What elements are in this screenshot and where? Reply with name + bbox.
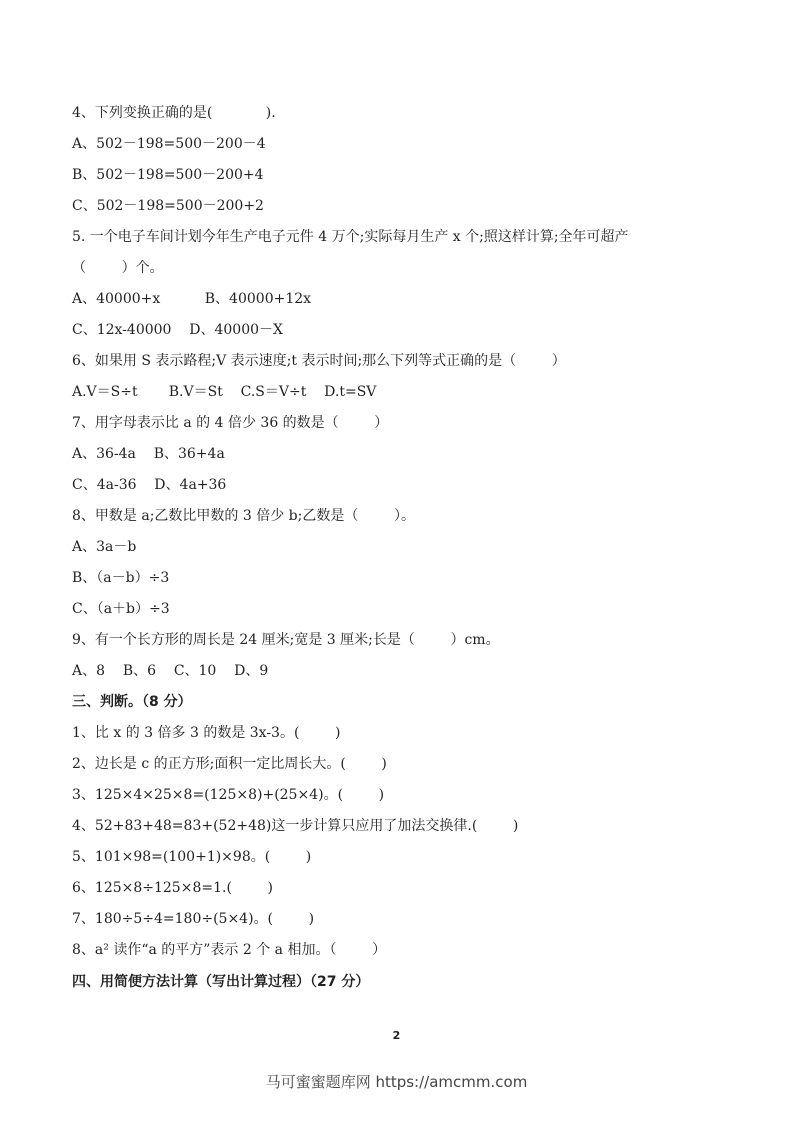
judgment-item-8: 8、a² 读作“a 的平方”表示 2 个 a 相加。（ ） xyxy=(72,941,386,959)
judgment-item-2: 2、边长是 c 的正方形;面积一定比周长大。( ) xyxy=(72,755,387,773)
question-8-option-c: C、（a＋b）÷3 xyxy=(72,600,170,618)
judgment-item-5: 5、101×98=(100+1)×98。( ) xyxy=(72,848,311,866)
question-4-option-a: A、502－198=500－200－4 xyxy=(72,135,266,153)
question-9-options: A、8 B、6 C、10 D、9 xyxy=(72,662,268,680)
question-6-options: A.V＝S÷t B.V＝St C.S＝V÷t D.t=SV xyxy=(72,383,376,401)
question-5-stem-cont: （ ）个。 xyxy=(72,259,164,277)
question-8-option-b: B、（a－b）÷3 xyxy=(72,569,169,587)
question-5-options-2: C、12x-40000 D、40000－X xyxy=(72,321,283,339)
question-7-options-2: C、4a-36 D、4a+36 xyxy=(72,476,226,494)
question-5-stem: 5. 一个电子车间计划今年生产电子元件 4 万个;实际每月生产 x 个;照这样计… xyxy=(72,228,629,246)
question-7-stem: 7、用字母表示比 a 的 4 倍少 36 的数是（ ） xyxy=(72,414,388,432)
question-5-options-1: A、40000+x B、40000+12x xyxy=(72,290,311,308)
question-9-stem: 9、有一个长方形的周长是 24 厘米;宽是 3 厘米;长是（ ）cm。 xyxy=(72,631,500,649)
question-8-option-a: A、3a－b xyxy=(72,538,136,556)
question-8-stem: 8、甲数是 a;乙数比甲数的 3 倍少 b;乙数是（ ）。 xyxy=(72,507,415,525)
question-7-options-1: A、36-4a B、36+4a xyxy=(72,445,225,463)
judgment-item-3: 3、125×4×25×8=(125×8)+(25×4)。( ) xyxy=(72,786,384,804)
question-6-stem: 6、如果用 S 表示路程;V 表示速度;t 表示时间;那么下列等式正确的是（ ） xyxy=(72,352,566,370)
judgment-item-7: 7、180÷5÷4=180÷(5×4)。( ) xyxy=(72,910,314,928)
section-4-heading: 四、用简便方法计算（写出计算过程）（27 分） xyxy=(72,973,369,991)
judgment-item-6: 6、125×8÷125×8=1.( ) xyxy=(72,879,273,897)
judgment-item-4: 4、52+83+48=83+(52+48)这一步计算只应用了加法交换律.( ) xyxy=(72,817,518,835)
footer-watermark: 马可蜜蜜题库网 https://amcmm.com xyxy=(0,1071,793,1092)
question-4-stem: 4、下列变换正确的是( ). xyxy=(72,104,276,122)
page-number: 2 xyxy=(0,1029,793,1042)
judgment-item-1: 1、比 x 的 3 倍多 3 的数是 3x-3。( ) xyxy=(72,724,341,742)
question-4-option-b: B、502－198=500－200+4 xyxy=(72,166,264,184)
section-3-heading: 三、判断。（8 分） xyxy=(72,693,192,711)
question-4-option-c: C、502－198=500－200+2 xyxy=(72,197,264,215)
